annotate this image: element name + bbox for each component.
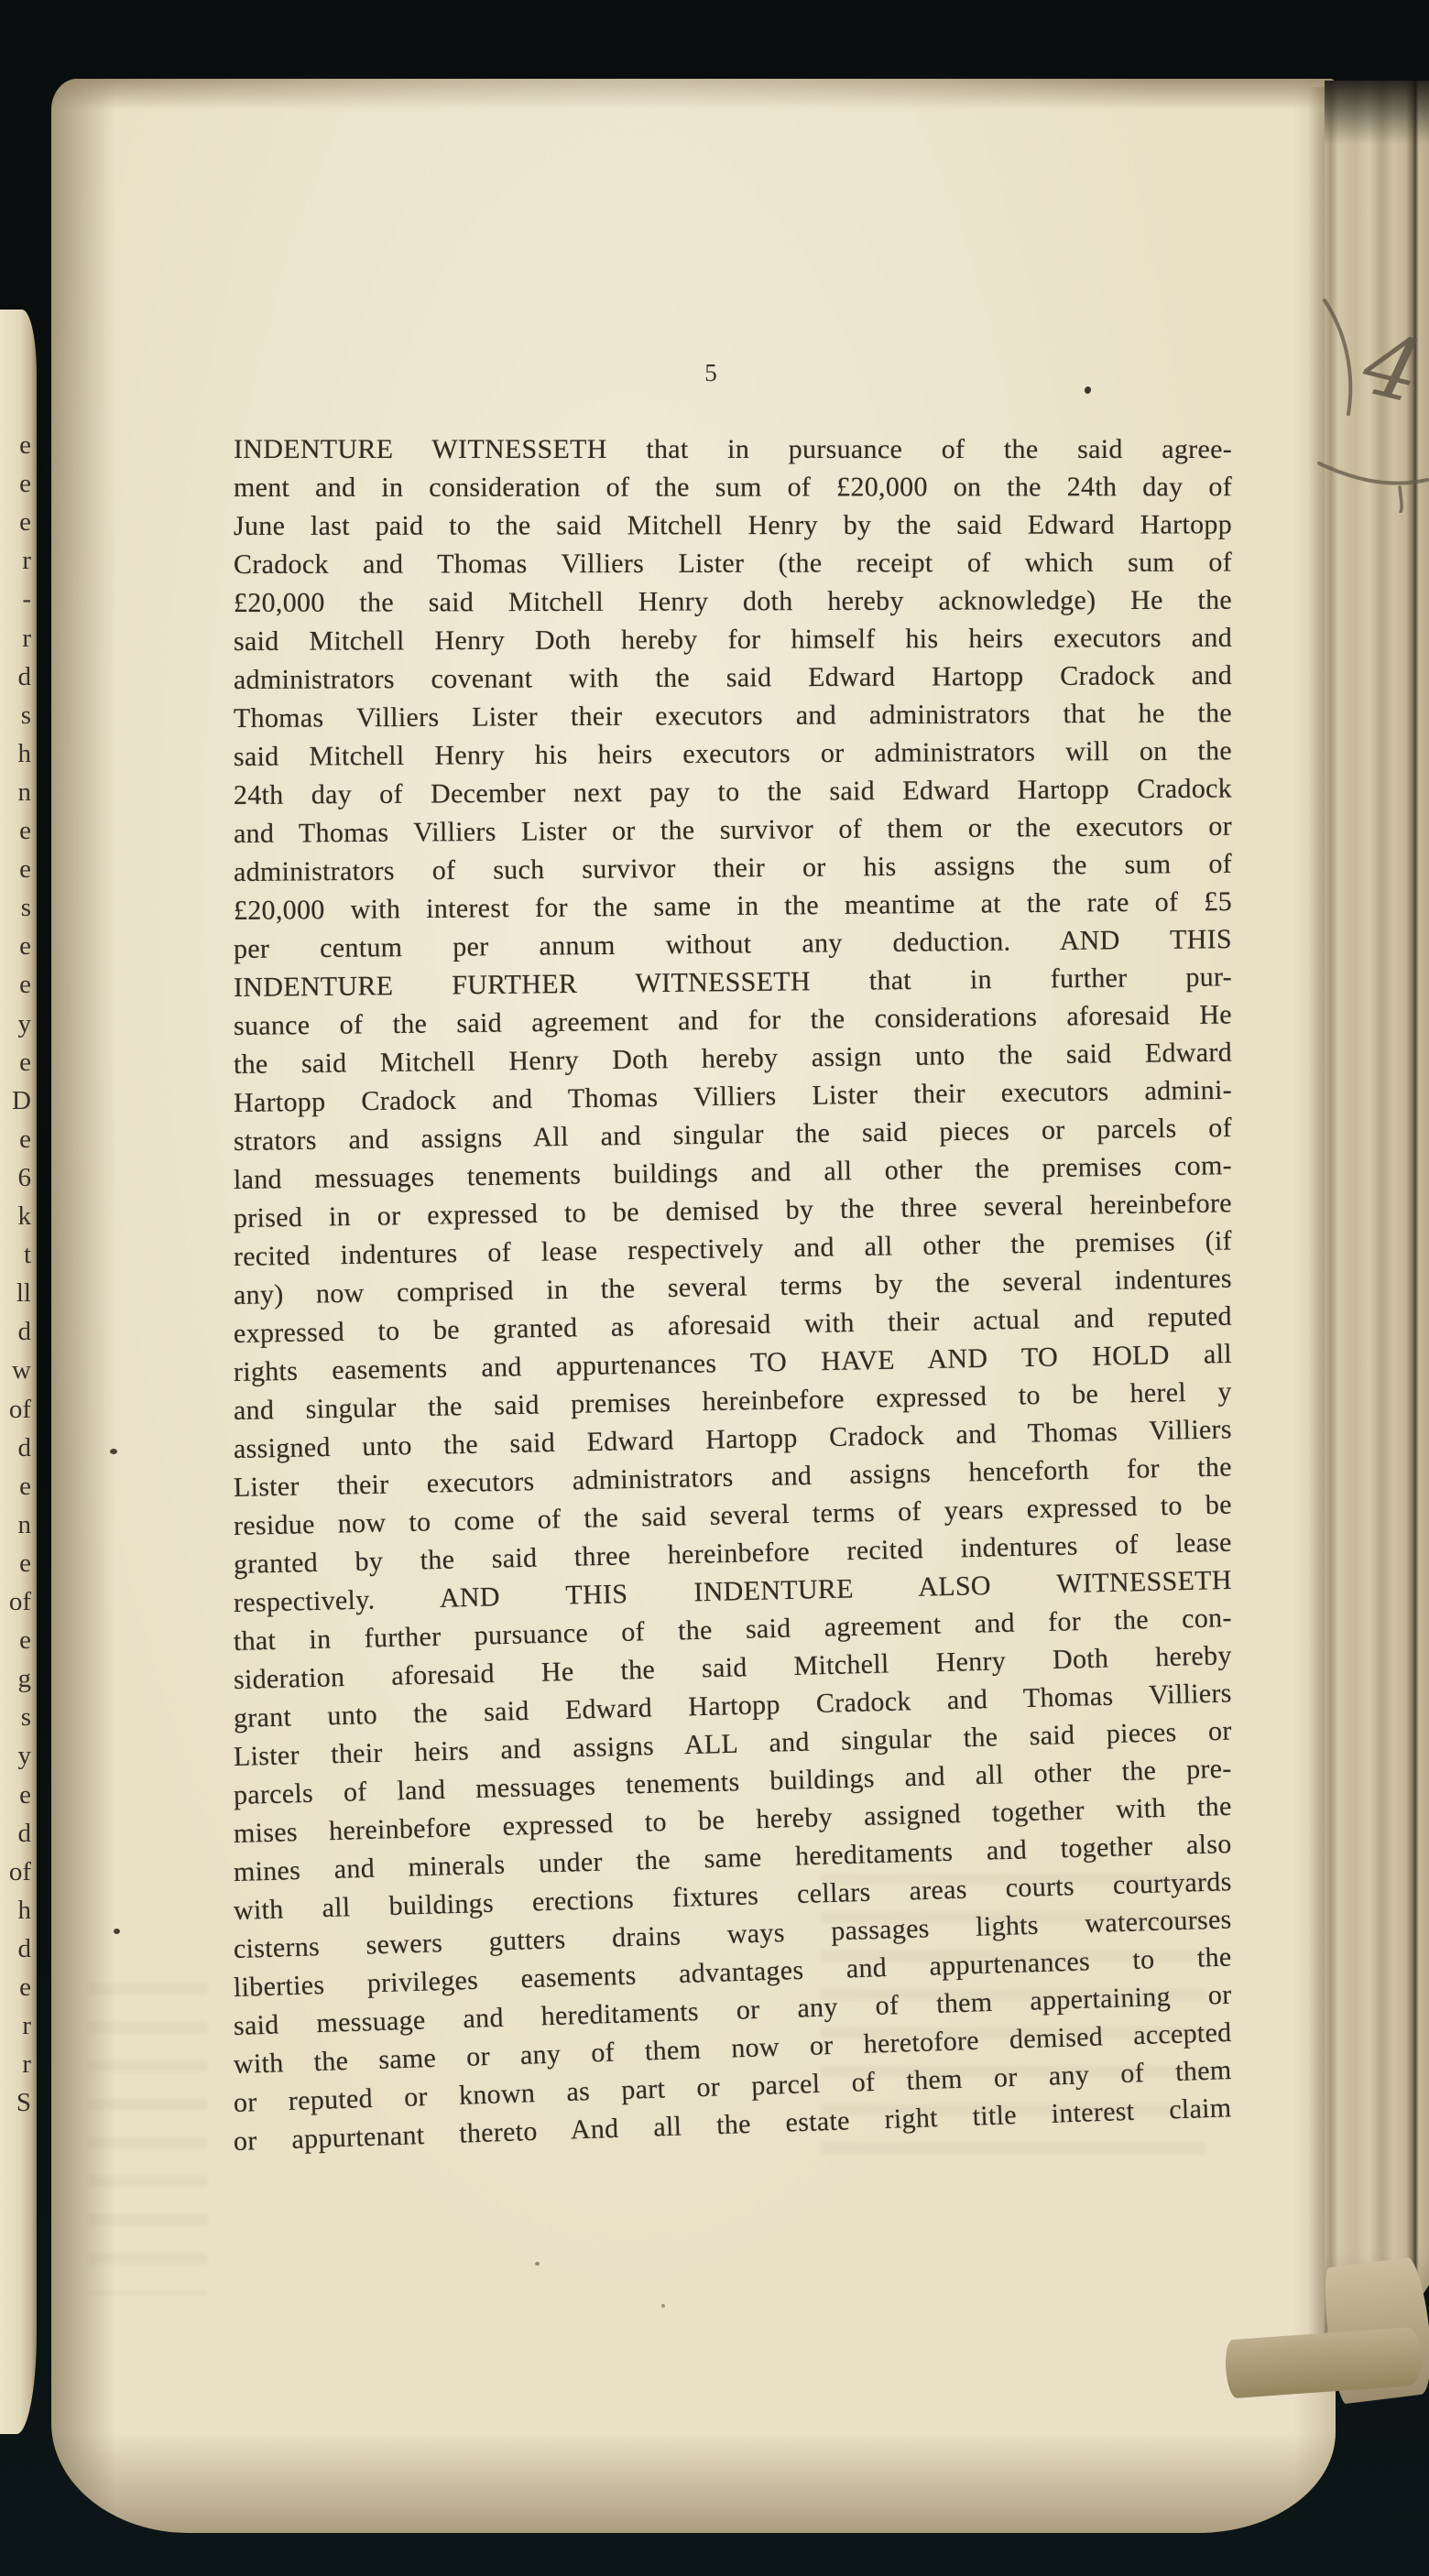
- margin-glyph: s: [0, 895, 35, 921]
- margin-glyph: of: [0, 1589, 35, 1615]
- facing-page-sliver: eeer-rdshneeseeyeDe6ktlldwofdeneofegsyed…: [0, 310, 37, 2434]
- margin-glyph: e: [0, 1550, 35, 1577]
- text-line: ment and in consideration of the sum of …: [234, 468, 1232, 507]
- margin-glyph: e: [0, 933, 35, 960]
- margin-glyph: e: [0, 1782, 35, 1809]
- margin-glyph: s: [0, 702, 35, 729]
- margin-glyph: n: [0, 779, 35, 806]
- margin-glyph: h: [0, 741, 35, 767]
- bleedthrough-smudge: [821, 1874, 1205, 2176]
- text-line: Thomas Villiers Lister their executors a…: [234, 694, 1232, 738]
- margin-glyph: d: [0, 664, 35, 690]
- book-photo-scene: eeer-rdshneeseeyeDe6ktlldwofdeneofegsyed…: [0, 0, 1429, 2576]
- margin-glyph: d: [0, 1435, 35, 1462]
- margin-glyph: s: [0, 1704, 35, 1731]
- margin-glyph: of: [0, 1397, 35, 1423]
- bleedthrough-smudge: [88, 1984, 207, 2295]
- book-page: 5 INDENTURE WITNESSETH that in pursuance…: [51, 79, 1336, 2533]
- page-number: 5: [693, 359, 729, 387]
- paper-speck: [661, 2304, 665, 2308]
- margin-glyph: e: [0, 432, 35, 459]
- margin-glyph: t: [0, 1242, 35, 1268]
- margin-glyph: e: [0, 1126, 35, 1153]
- margin-glyph: e: [0, 818, 35, 844]
- margin-glyph: e: [0, 1049, 35, 1076]
- margin-glyph: of: [0, 1859, 35, 1886]
- folio-ink-swash-icon: [1315, 275, 1429, 513]
- margin-glyph: e: [0, 856, 35, 883]
- margin-glyph: r: [0, 2051, 35, 2078]
- text-line: said Mitchell Henry Doth hereby for hims…: [234, 619, 1232, 661]
- text-line: INDENTURE WITNESSETH that in pursuance o…: [234, 430, 1232, 469]
- margin-glyph: e: [0, 1974, 35, 2001]
- text-line: June last paid to the said Mitchell Henr…: [234, 505, 1232, 546]
- margin-glyph: n: [0, 1512, 35, 1538]
- margin-glyph: D: [0, 1088, 35, 1114]
- margin-glyph: ll: [0, 1280, 35, 1307]
- margin-glyph: y: [0, 1011, 35, 1038]
- text-line: Cradock and Thomas Villiers Lister (the …: [234, 543, 1232, 584]
- margin-glyph: y: [0, 1743, 35, 1769]
- margin-glyph: e: [0, 509, 35, 536]
- margin-glyph: r: [0, 548, 35, 574]
- margin-glyph: r: [0, 625, 35, 652]
- margin-glyph: k: [0, 1203, 35, 1230]
- margin-glyph: h: [0, 1897, 35, 1924]
- margin-glyph: e: [0, 972, 35, 998]
- margin-glyph: r: [0, 2013, 35, 2039]
- paper-speck: [110, 1449, 117, 1454]
- margin-glyph: d: [0, 1821, 35, 1847]
- margin-glyph: S: [0, 2090, 35, 2116]
- paper-speck: [1084, 386, 1092, 395]
- margin-glyph: d: [0, 1319, 35, 1345]
- margin-glyph: e: [0, 471, 35, 497]
- margin-glyph: w: [0, 1357, 35, 1384]
- text-line: £20,000 the said Mitchell Henry doth her…: [234, 582, 1232, 623]
- margin-glyph: g: [0, 1666, 35, 1692]
- margin-glyph: e: [0, 1627, 35, 1654]
- text-line: administrators covenant with the said Ed…: [234, 657, 1232, 700]
- margin-glyph-column: eeer-rdshneeseeyeDe6ktlldwofdeneofegsyed…: [0, 310, 37, 2434]
- margin-glyph: 6: [0, 1165, 35, 1191]
- margin-glyph: -: [0, 586, 35, 613]
- margin-glyph: d: [0, 1936, 35, 1962]
- paper-speck: [535, 2262, 540, 2266]
- paper-speck: [114, 1929, 120, 1934]
- margin-glyph: e: [0, 1473, 35, 1500]
